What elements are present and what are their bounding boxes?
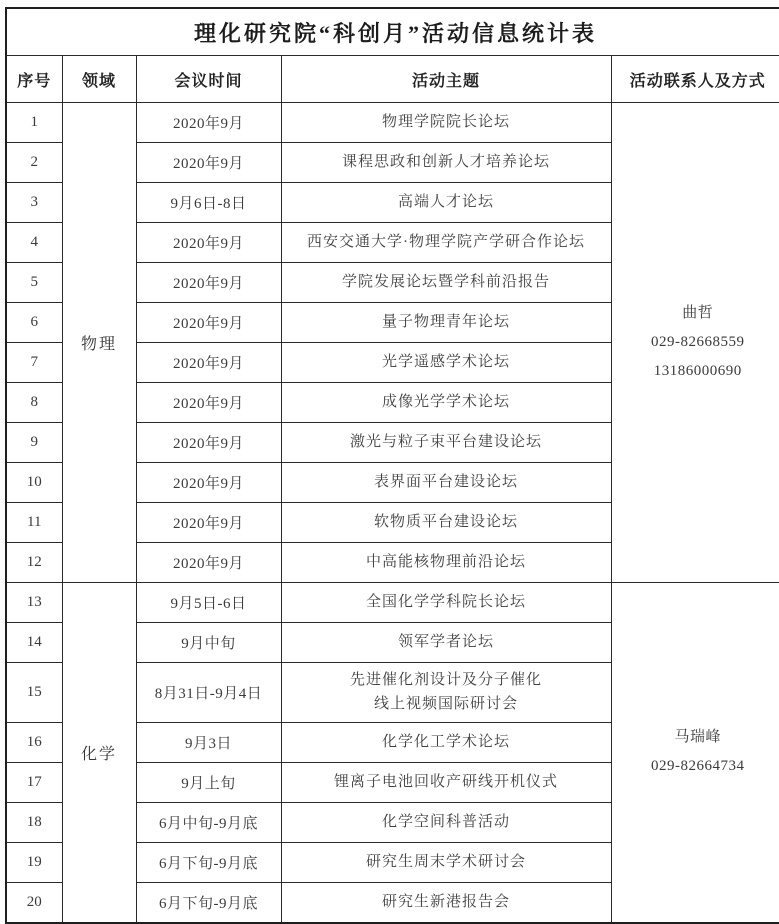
col-header-time: 会议时间 (136, 56, 281, 103)
cell-serial: 14 (6, 623, 62, 663)
cell-time: 2020年9月 (136, 303, 281, 343)
cell-time: 2020年9月 (136, 263, 281, 303)
cell-serial: 3 (6, 183, 62, 223)
cell-time: 2020年9月 (136, 383, 281, 423)
table-row: 13化学9月5日-6日全国化学学科院长论坛马瑞峰029-82664734 (6, 583, 779, 623)
cell-time: 2020年9月 (136, 103, 281, 143)
contact-line: 029-82668559 (616, 328, 779, 357)
header-row: 序号 领域 会议时间 活动主题 活动联系人及方式 (6, 56, 779, 103)
cell-time: 2020年9月 (136, 463, 281, 503)
cell-contact: 曲哲029-8266855913186000690 (611, 103, 779, 583)
cell-time: 2020年9月 (136, 223, 281, 263)
cell-theme: 物理学院院长论坛 (281, 103, 611, 143)
cell-theme: 学院发展论坛暨学科前沿报告 (281, 263, 611, 303)
cell-time: 2020年9月 (136, 423, 281, 463)
cell-time: 2020年9月 (136, 503, 281, 543)
cell-time: 6月下旬-9月底 (136, 883, 281, 923)
cell-time: 9月上旬 (136, 763, 281, 803)
cell-serial: 4 (6, 223, 62, 263)
cell-serial: 9 (6, 423, 62, 463)
cell-theme: 先进催化剂设计及分子催化线上视频国际研讨会 (281, 663, 611, 723)
cell-theme: 领军学者论坛 (281, 623, 611, 663)
cell-theme: 化学空间科普活动 (281, 803, 611, 843)
contact-line: 029-82664734 (616, 752, 779, 781)
cell-time: 2020年9月 (136, 543, 281, 583)
cell-serial: 19 (6, 843, 62, 883)
cell-serial: 15 (6, 663, 62, 723)
cell-theme: 锂离子电池回收产研线开机仪式 (281, 763, 611, 803)
contact-line: 曲哲 (616, 299, 779, 328)
page-title: 理化研究院“科创月”活动信息统计表 (6, 8, 779, 56)
cell-theme: 全国化学学科院长论坛 (281, 583, 611, 623)
cell-theme: 高端人才论坛 (281, 183, 611, 223)
cell-serial: 12 (6, 543, 62, 583)
cell-time: 9月3日 (136, 723, 281, 763)
cell-theme: 研究生周末学术研讨会 (281, 843, 611, 883)
cell-theme: 课程思政和创新人才培养论坛 (281, 143, 611, 183)
cell-contact: 马瑞峰029-82664734 (611, 583, 779, 923)
cell-serial: 18 (6, 803, 62, 843)
cell-serial: 7 (6, 343, 62, 383)
scanned-table-page: 理化研究院“科创月”活动信息统计表 序号 领域 会议时间 活动主题 活动联系人及… (0, 0, 779, 924)
cell-theme: 研究生新港报告会 (281, 883, 611, 923)
activity-stat-table: 理化研究院“科创月”活动信息统计表 序号 领域 会议时间 活动主题 活动联系人及… (5, 7, 779, 924)
cell-serial: 11 (6, 503, 62, 543)
cell-theme: 西安交通大学·物理学院产学研合作论坛 (281, 223, 611, 263)
cell-serial: 5 (6, 263, 62, 303)
title-row: 理化研究院“科创月”活动信息统计表 (6, 8, 779, 56)
col-header-contact: 活动联系人及方式 (611, 56, 779, 103)
table-row: 1物理2020年9月物理学院院长论坛曲哲029-8266855913186000… (6, 103, 779, 143)
cell-time: 6月下旬-9月底 (136, 843, 281, 883)
cell-theme: 中高能核物理前沿论坛 (281, 543, 611, 583)
cell-field: 化学 (62, 583, 136, 923)
cell-theme: 光学遥感学术论坛 (281, 343, 611, 383)
cell-serial: 16 (6, 723, 62, 763)
contact-line: 13186000690 (616, 357, 779, 386)
cell-serial: 13 (6, 583, 62, 623)
cell-serial: 10 (6, 463, 62, 503)
cell-theme: 激光与粒子束平台建设论坛 (281, 423, 611, 463)
cell-theme: 量子物理青年论坛 (281, 303, 611, 343)
col-header-theme: 活动主题 (281, 56, 611, 103)
cell-serial: 1 (6, 103, 62, 143)
cell-field: 物理 (62, 103, 136, 583)
cell-time: 9月6日-8日 (136, 183, 281, 223)
cell-serial: 2 (6, 143, 62, 183)
cell-time: 2020年9月 (136, 143, 281, 183)
cell-serial: 20 (6, 883, 62, 923)
cell-serial: 6 (6, 303, 62, 343)
cell-time: 8月31日-9月4日 (136, 663, 281, 723)
cell-theme: 表界面平台建设论坛 (281, 463, 611, 503)
cell-theme: 成像光学学术论坛 (281, 383, 611, 423)
cell-time: 6月中旬-9月底 (136, 803, 281, 843)
cell-time: 2020年9月 (136, 343, 281, 383)
cell-theme: 化学化工学术论坛 (281, 723, 611, 763)
col-header-field: 领域 (62, 56, 136, 103)
cell-time: 9月5日-6日 (136, 583, 281, 623)
contact-line: 马瑞峰 (616, 723, 779, 752)
table-body: 1物理2020年9月物理学院院长论坛曲哲029-8266855913186000… (6, 103, 779, 923)
cell-theme: 软物质平台建设论坛 (281, 503, 611, 543)
cell-time: 9月中旬 (136, 623, 281, 663)
cell-serial: 8 (6, 383, 62, 423)
cell-serial: 17 (6, 763, 62, 803)
col-header-serial: 序号 (6, 56, 62, 103)
